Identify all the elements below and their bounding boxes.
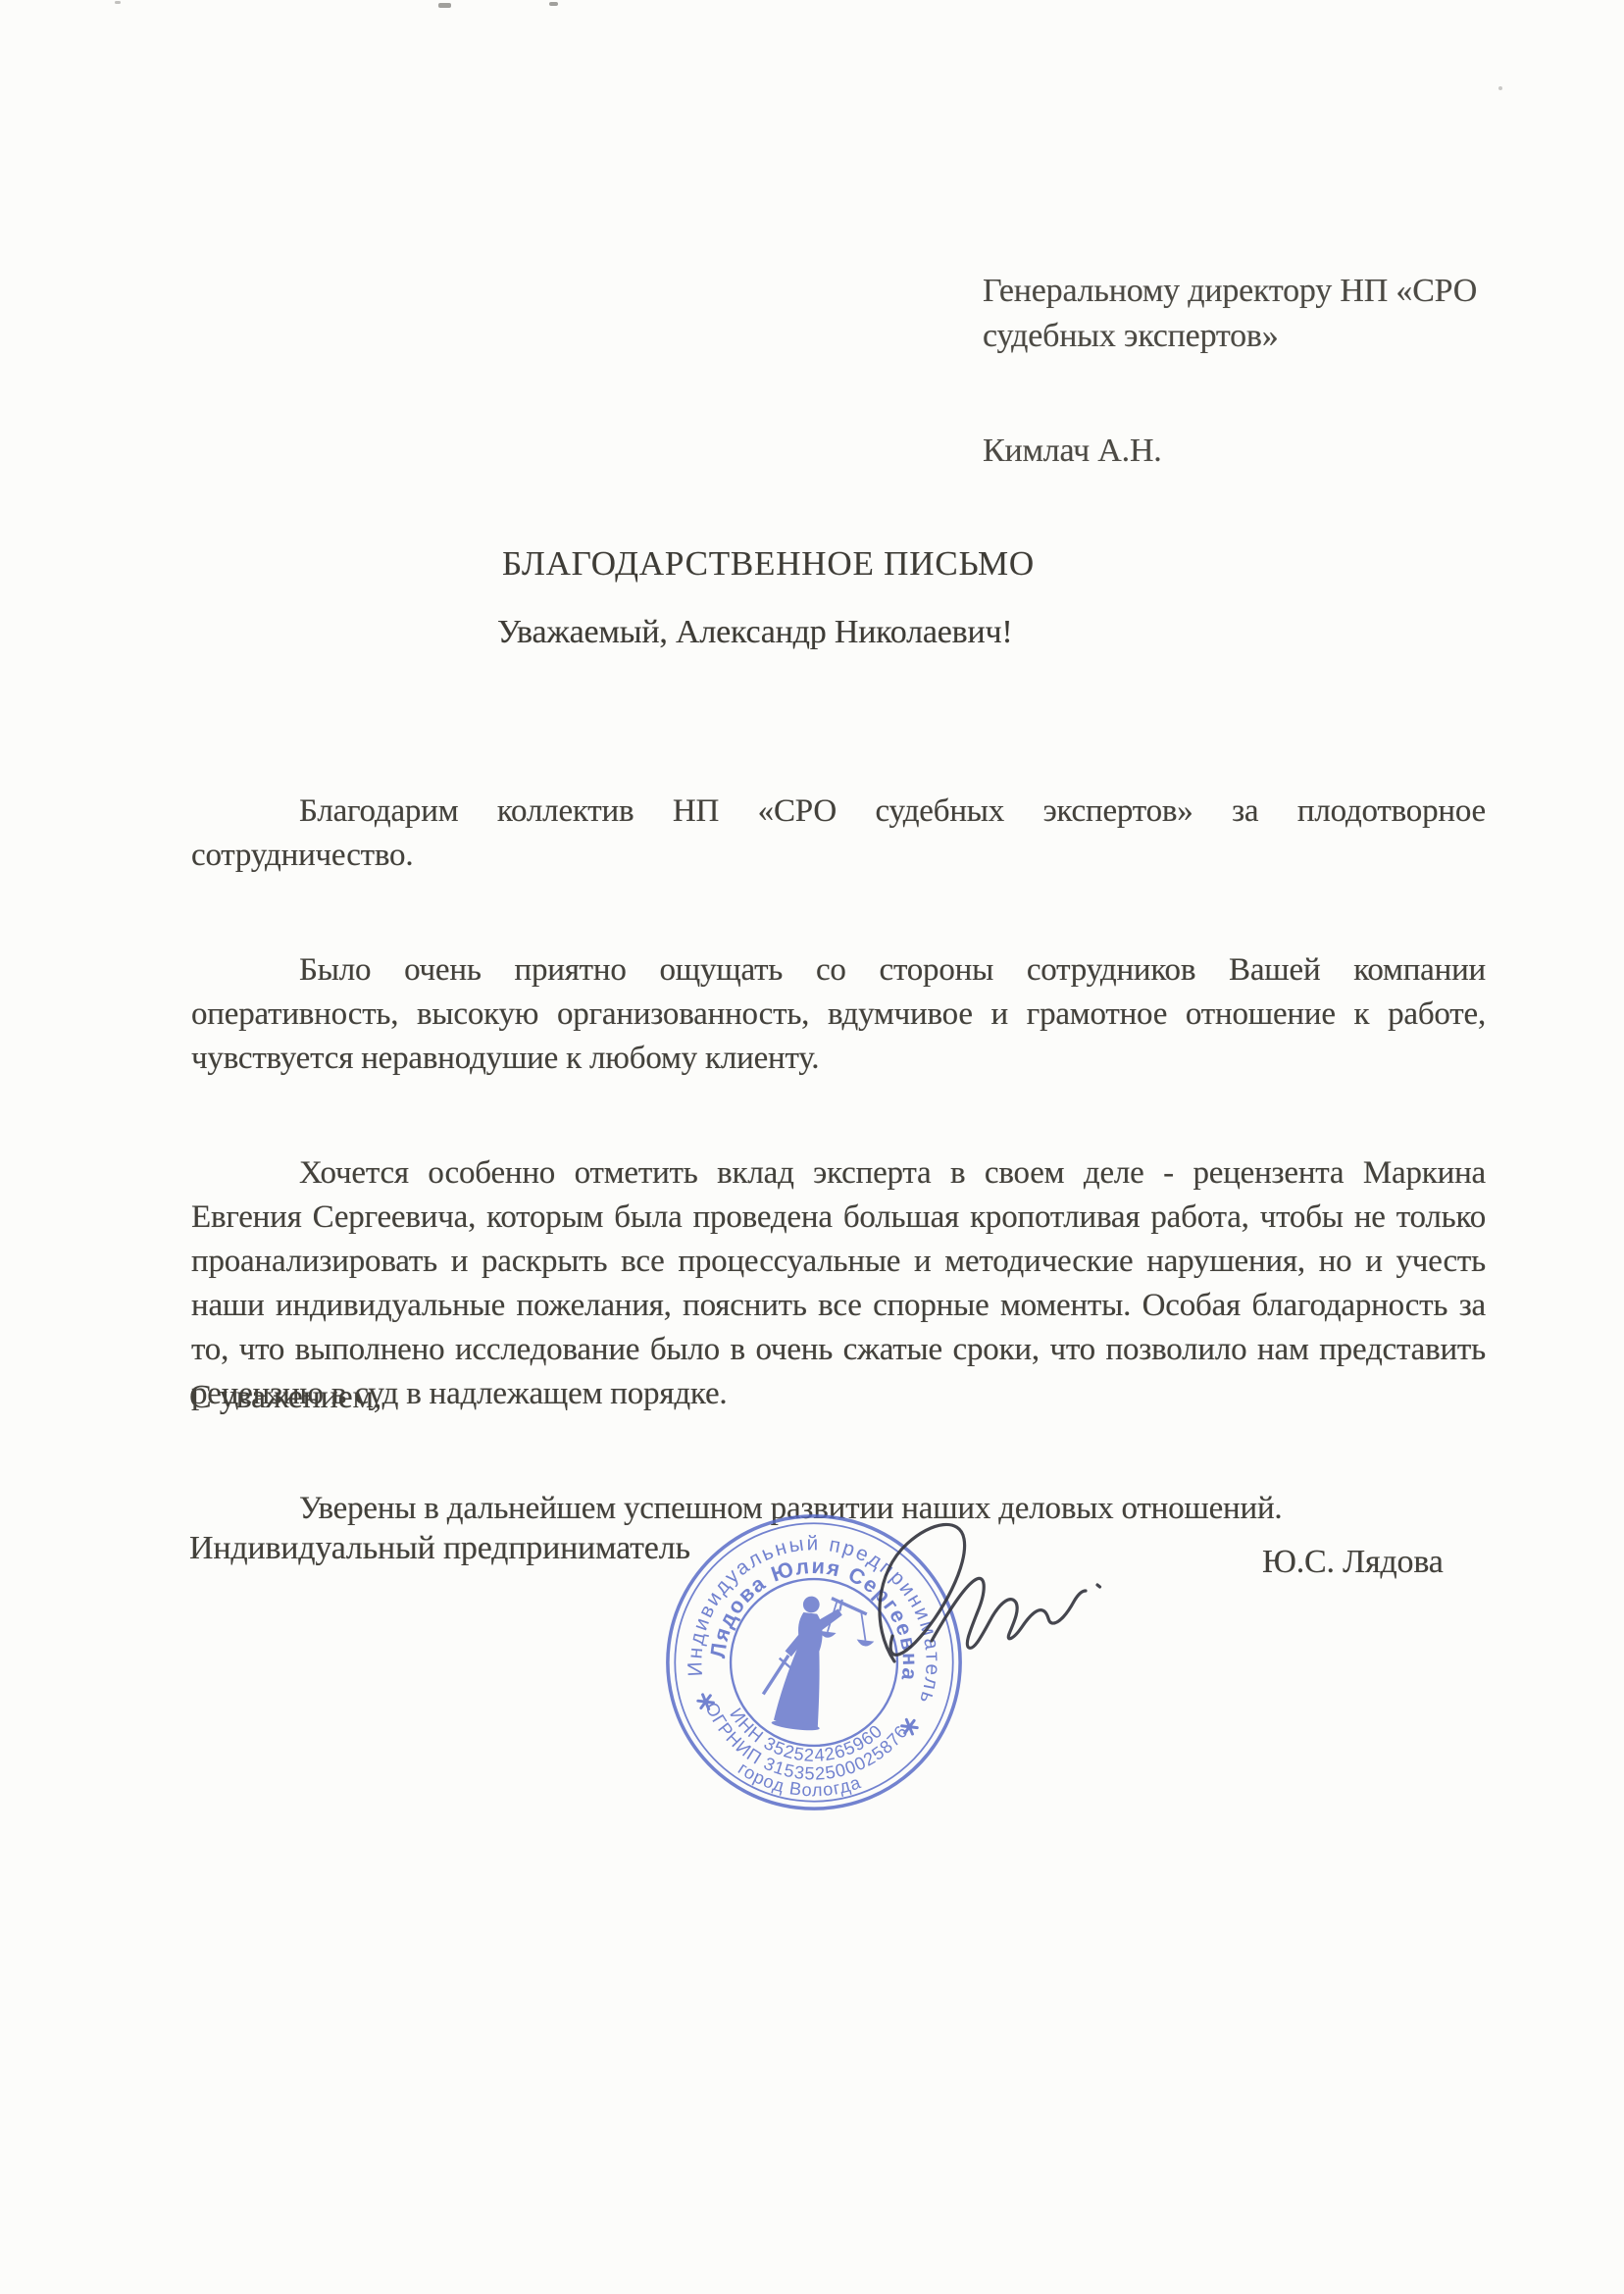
scan-speck [438,3,451,8]
signer-role: Индивидуальный предприниматель [189,1526,690,1570]
scan-speck [549,2,558,6]
paragraph: Благодарим коллектив НП «СРО судебных эк… [191,790,1486,878]
paragraph: Было очень приятно ощущать со стороны со… [191,948,1486,1081]
scan-speck [115,1,121,4]
scan-speck [1498,86,1502,90]
page-title: БЛАГОДАРСТВЕННОЕ ПИСЬМО [502,541,1035,586]
closing-line: С уважением, [189,1375,381,1419]
paragraph: Хочется особенно отметить вклад эксперта… [191,1151,1486,1416]
signer-name: Ю.С. Лядова [1262,1540,1444,1584]
letter-body: Благодарим коллектив НП «СРО судебных эк… [191,745,1486,1602]
addressee-block: Генеральному директору НП «СРО судебных … [983,224,1532,519]
salutation: Уважаемый, Александр Николаевич! [497,610,1013,654]
addressee-person: Кимлач А.Н. [983,429,1532,474]
handwritten-signature [859,1510,1124,1677]
scanned-letter-page: Генеральному директору НП «СРО судебных … [0,0,1624,2294]
addressee-org: Генеральному директору НП «СРО судебных … [983,269,1532,359]
